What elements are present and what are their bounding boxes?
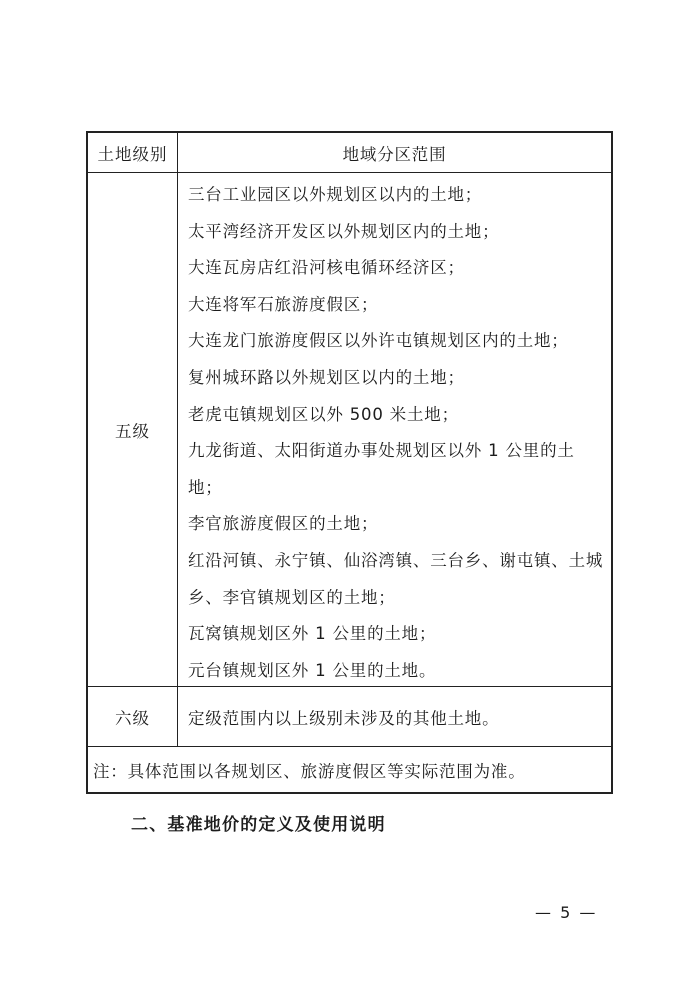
zone-line: 九龙街道、太阳街道办事处规划区以外 1 公里的土	[188, 433, 609, 470]
header-cell-zone-range: 地域分区范围	[178, 133, 611, 172]
grade5-zone-list: 三台工业园区以外规划区以内的土地； 太平湾经济开发区以外规划区内的土地； 大连瓦…	[178, 173, 611, 686]
grade6-zone-text: 定级范围内以上级别未涉及的其他土地。	[178, 687, 611, 746]
header-cell-land-grade: 土地级别	[88, 133, 178, 172]
grade6-label: 六级	[88, 687, 178, 746]
zone-line: 太平湾经济开发区以外规划区内的土地；	[188, 214, 609, 251]
zone-line: 地；	[188, 470, 609, 507]
zone-line: 元台镇规划区外 1 公里的土地。	[188, 653, 609, 686]
table-row-grade6: 六级 定级范围内以上级别未涉及的其他土地。	[88, 687, 611, 747]
zone-line: 李官旅游度假区的土地；	[188, 506, 609, 543]
table-row-grade5: 五级 三台工业园区以外规划区以内的土地； 太平湾经济开发区以外规划区内的土地； …	[88, 173, 611, 687]
zone-line: 大连龙门旅游度假区以外许屯镇规划区内的土地；	[188, 323, 609, 360]
zone-line: 老虎屯镇规划区以外 500 米土地；	[188, 397, 609, 434]
zone-line: 大连将军石旅游度假区；	[188, 287, 609, 324]
land-grade-table: 土地级别 地域分区范围 五级 三台工业园区以外规划区以内的土地； 太平湾经济开发…	[86, 131, 613, 794]
table-note-row: 注：具体范围以各规划区、旅游度假区等实际范围为准。	[88, 747, 611, 792]
zone-line: 大连瓦房店红沿河核电循环经济区；	[188, 250, 609, 287]
zone-line: 瓦窝镇规划区外 1 公里的土地；	[188, 616, 609, 653]
grade5-label: 五级	[88, 173, 178, 686]
table-header-row: 土地级别 地域分区范围	[88, 133, 611, 173]
zone-line: 三台工业园区以外规划区以内的土地；	[188, 177, 609, 214]
section-heading: 二、基准地价的定义及使用说明	[131, 810, 386, 835]
page-number: — 5 —	[535, 903, 597, 922]
zone-line: 复州城环路以外规划区以内的土地；	[188, 360, 609, 397]
zone-line: 乡、李官镇规划区的土地；	[188, 580, 609, 617]
document-page: 土地级别 地域分区范围 五级 三台工业园区以外规划区以内的土地； 太平湾经济开发…	[0, 0, 700, 990]
zone-line: 红沿河镇、永宁镇、仙浴湾镇、三台乡、谢屯镇、土城	[188, 543, 609, 580]
